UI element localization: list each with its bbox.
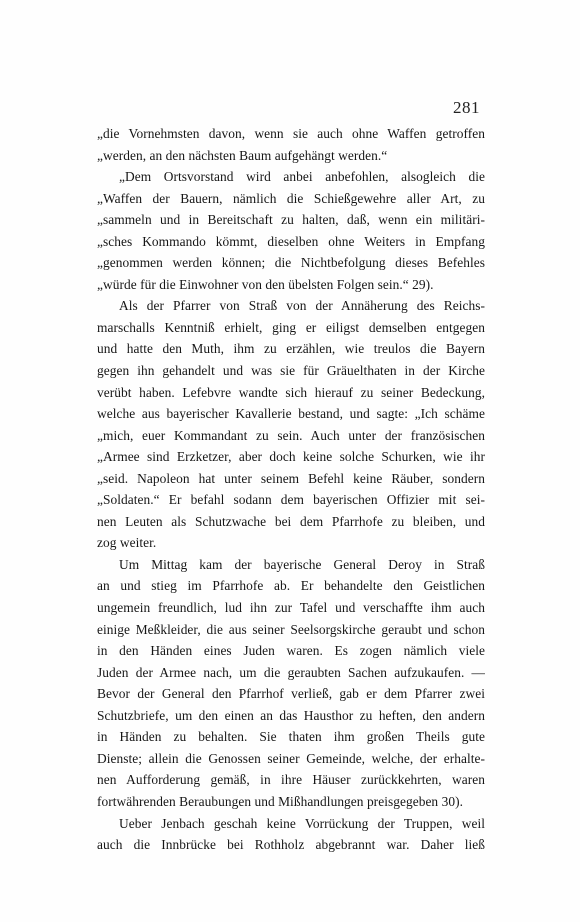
text-line: „Armee sind Erzketzer, aber doch keine s…	[97, 446, 485, 468]
text-line: einige Meßkleider, die aus seiner Seelso…	[97, 619, 485, 641]
body-text: „die Vornehmsten davon, wenn sie auch oh…	[97, 123, 485, 856]
text-line: auch die Innbrücke bei Rothholz abgebran…	[97, 834, 485, 856]
text-line: „Soldaten.“ Er befahl sodann dem bayeris…	[97, 489, 485, 511]
text-line: zog weiter.	[97, 532, 485, 554]
text-line: „seid. Napoleon hat unter seinem Befehl …	[97, 468, 485, 490]
text-line: „sammeln und in Bereitschaft zu halten, …	[97, 209, 485, 231]
text-line: verübt haben. Lefebvre wandte sich hiera…	[97, 382, 485, 404]
text-line: gegen ihn gehandelt und was sie für Gräu…	[97, 360, 485, 382]
text-line: nen Leuten als Schutzwache bei dem Pfarr…	[97, 511, 485, 533]
text-line: „sches Kommando kömmt, dieselben ohne We…	[97, 231, 485, 253]
text-line: „werden, an den nächsten Baum aufgehängt…	[97, 145, 485, 167]
text-line: „Waffen der Bauern, nämlich die Schießge…	[97, 188, 485, 210]
text-line: „die Vornehmsten davon, wenn sie auch oh…	[97, 123, 485, 145]
paragraph-start-line: „Dem Ortsvorstand wird anbei anbefohlen,…	[97, 166, 485, 188]
text-line: an und stieg im Pfarrhofe ab. Er behande…	[97, 575, 485, 597]
text-line: marschalls Kenntniß erhielt, ging er eil…	[97, 317, 485, 339]
text-line: in Händen zu behalten. Sie thaten ihm gr…	[97, 726, 485, 748]
text-line: „mich, euer Kommandant zu sein. Auch unt…	[97, 425, 485, 447]
text-line: Bevor der General den Pfarrhof verließ, …	[97, 683, 485, 705]
text-line: welche aus bayerischer Kavallerie bestan…	[97, 403, 485, 425]
text-line: Dienste; allein die Genossen seiner Geme…	[97, 748, 485, 770]
text-line: Schutzbriefe, um den einen an das Hausth…	[97, 705, 485, 727]
paragraph-start-line: Als der Pfarrer von Straß von der Annähe…	[97, 295, 485, 317]
paragraph-start-line: Um Mittag kam der bayerische General Der…	[97, 554, 485, 576]
text-line: „genommen werden können; die Nichtbefolg…	[97, 252, 485, 274]
text-line: ungemein freundlich, lud ihn zur Tafel u…	[97, 597, 485, 619]
text-line: nen Aufforderung gemäß, in ihre Häuser z…	[97, 769, 485, 791]
text-line: Juden der Armee nach, um die geraubten S…	[97, 662, 485, 684]
text-line: in den Händen eines Juden waren. Es zoge…	[97, 640, 485, 662]
text-line: „würde für die Einwohner von den übelste…	[97, 274, 485, 296]
text-line: und hatte den Muth, ihm zu erzählen, wie…	[97, 338, 485, 360]
book-page: 281 „die Vornehmsten davon, wenn sie auc…	[0, 0, 580, 922]
paragraph-start-line: Ueber Jenbach geschah keine Vorrückung d…	[97, 813, 485, 835]
page-number: 281	[453, 98, 480, 118]
text-line: fortwährenden Beraubungen und Mißhandlun…	[97, 791, 485, 813]
